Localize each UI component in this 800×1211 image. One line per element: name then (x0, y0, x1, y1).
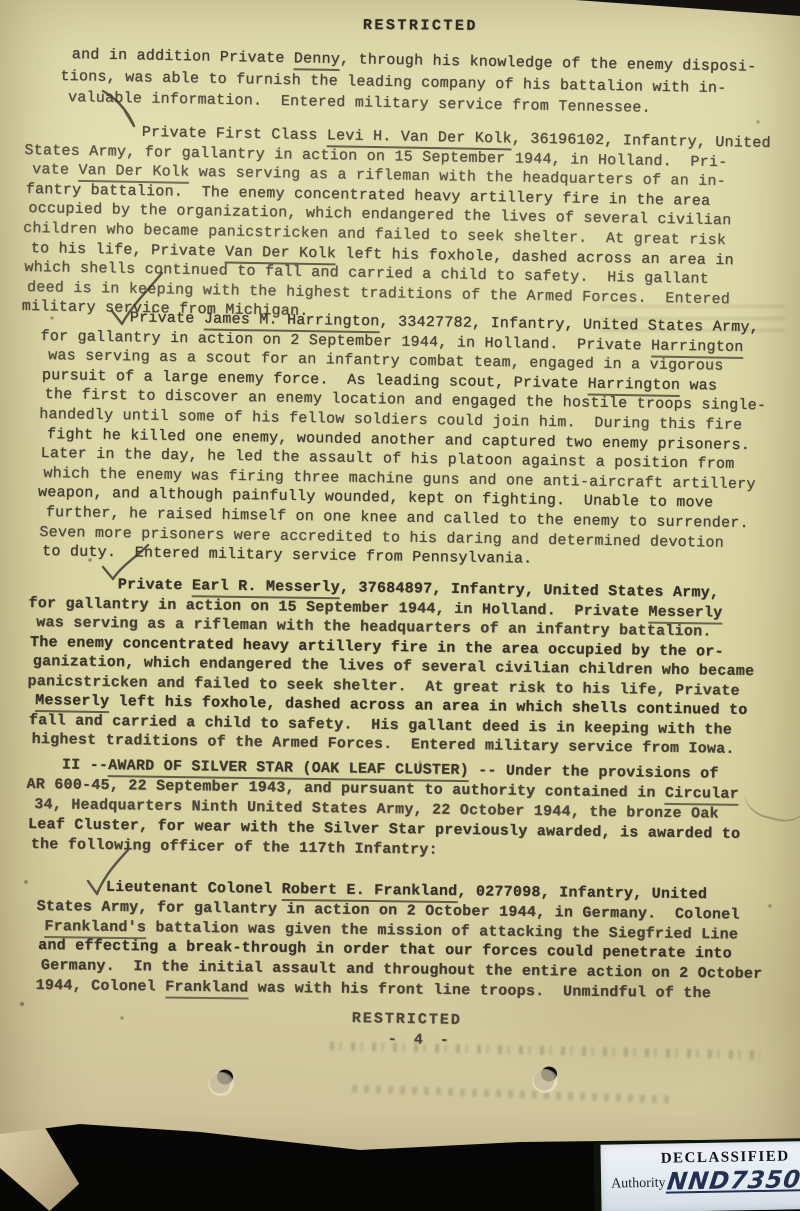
text-segment: 1944, Colonel (36, 977, 166, 996)
declassified-stamp-label: DECLASSIFIED Authority NND735017 (600, 1141, 800, 1211)
classification-footer: RESTRICTED (352, 1010, 462, 1029)
stamp-title: DECLASSIFIED (600, 1141, 800, 1169)
text-segment: Private First Class (142, 124, 327, 144)
text-segment: to his life, Private (31, 240, 226, 260)
underlined-text: Denny (294, 50, 341, 71)
text-segment: was (680, 377, 717, 395)
paragraph-messerly: Private Earl R. Messerly, 37684897, Infa… (30, 574, 754, 760)
paragraph-denny-continuation: and in addition Private Denny, through h… (63, 44, 755, 121)
stamp-authority-row: Authority NND735017 (601, 1165, 800, 1193)
punch-hole-right (524, 1055, 570, 1105)
ink-smudge (352, 1084, 672, 1103)
text-segment: II -- (62, 756, 108, 774)
scanned-document-photo: RESTRICTED and in addition Private Denny… (0, 0, 800, 1211)
text-segment: Private (118, 576, 192, 594)
declassified-stamp: DECLASSIFIED Authority NND735017 (593, 1138, 800, 1211)
text-segment: , 0277098, Infantry, United (457, 883, 707, 903)
text-segment: and in addition Private (72, 46, 294, 67)
punch-hole-left (200, 1058, 246, 1108)
classification-header: RESTRICTED (363, 17, 478, 35)
text-segment: the following officer of the 117th Infan… (31, 836, 438, 859)
stamp-authority-label: Authority (611, 1176, 666, 1193)
stamp-authority-number: NND735017 (666, 1169, 800, 1194)
text-segment: -- Under the provisions of (469, 762, 719, 782)
text-segment: was with his front line troops. Unmindfu… (248, 980, 711, 1003)
paragraph-section-ii: II --AWARD OF SILVER STAR (OAK LEAF CLUS… (29, 755, 743, 865)
text-segment: Private (130, 309, 204, 327)
paragraph-harrington: Private James M. Harrington, 33427782, I… (40, 307, 766, 573)
paper-crease (739, 765, 800, 828)
text-segment: vate (32, 161, 79, 179)
ink-smudge (600, 298, 785, 332)
text-segment: Lieutenant Colonel (106, 879, 282, 898)
underlined-text: Circular (665, 785, 739, 806)
paragraph-frankland: Lieutenant Colonel Robert E. Frankland, … (39, 877, 762, 1005)
underlined-text: Frankland (165, 979, 249, 1000)
document-page: RESTRICTED and in addition Private Denny… (0, 0, 800, 1211)
